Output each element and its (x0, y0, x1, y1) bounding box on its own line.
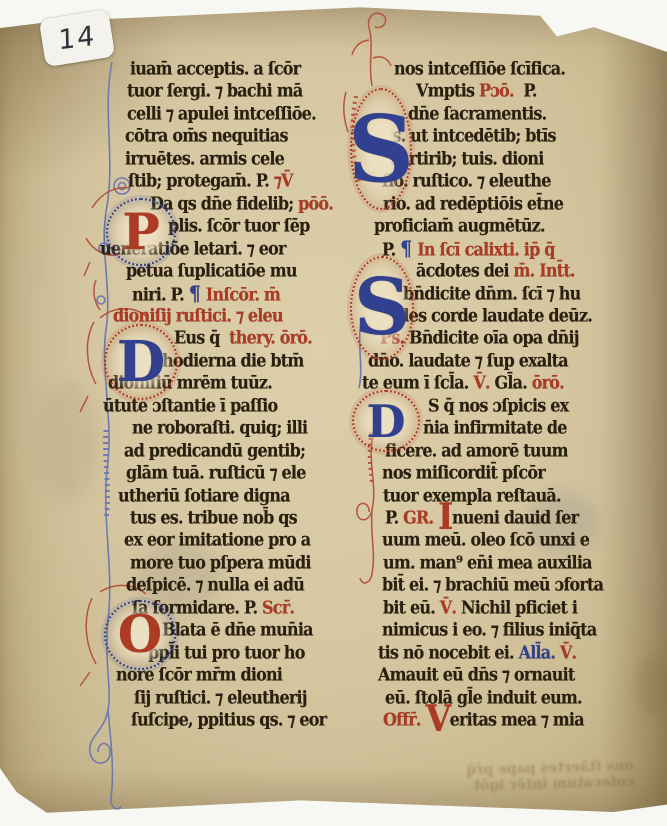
text-segment: nimicus i eo. ⁊ filius iniq̄ta (382, 619, 596, 640)
text-segment: In ſcī calixti. ip̄ q̄ (417, 239, 554, 260)
illuminated-initial-S: S (350, 88, 412, 210)
text-segment: ne roboraſti. quiq; illi (132, 417, 307, 438)
text-line: Eus q̄ thery. ōrō. (174, 326, 312, 351)
text-segment: ex eor imitatione pro a (124, 530, 310, 551)
text-segment: V̄. (440, 597, 461, 618)
illuminated-initial-O: O (104, 600, 176, 670)
initial-letter: O (118, 610, 162, 661)
text-segment: thery. ōrō. (229, 327, 312, 348)
stain-mark (40, 380, 100, 500)
text-line: Blata ē dn̄e mun̄ia (162, 618, 313, 643)
text-segment: n̄ia infirmitate de (423, 417, 567, 438)
illuminated-initial-P: P (106, 198, 176, 266)
text-segment: Bn̄dicite oīa opa dn̄ij (409, 327, 579, 348)
inline-initial: V (425, 697, 449, 740)
text-segment: Scr̄. (262, 597, 294, 618)
text-segment: All̄a. (519, 642, 560, 663)
text-line: ſij ruſtici. ⁊ eleutherij (134, 686, 307, 711)
text-segment: Blata ē dn̄e mun̄ia (162, 619, 313, 640)
text-line: ne roboraſti. quiq; illi (132, 416, 307, 441)
text-segment: ad predicandū gentib; (124, 440, 305, 461)
text-line: deſpicē. ⁊ nulla ei adū (126, 573, 304, 598)
text-line: more tuo pſpera mūdi (130, 551, 311, 576)
text-segment: proficiam̄ augmētūz. (374, 215, 545, 236)
text-line: bit̄ ei. ⁊ brachiū meū ɔforta (382, 573, 603, 598)
text-line: ad predicandū gentib; (124, 439, 305, 464)
initial-letter: D (366, 399, 405, 444)
text-line: nos intceſſiōe ſcīfica. (394, 57, 565, 82)
initial-letter: S (348, 103, 414, 195)
text-segment: tuor exempla reſtauā. (383, 485, 561, 506)
manuscript-photo: iuam̄ acceptis. a ſcōrtuor ſergi. ⁊ bac… (0, 0, 667, 826)
text-segment: eū. ſtolā gl̄e induit eum. (385, 687, 582, 708)
text-segment: irruētes. armis cele (125, 148, 284, 169)
text-segment: niri. P. (132, 284, 189, 305)
text-line: ex eor imitatione pro a (124, 528, 310, 553)
text-segment: ⁊V̄ (274, 170, 293, 191)
text-line: irruētes. armis cele (125, 147, 284, 172)
illuminated-initial-D: D (104, 324, 178, 400)
text-segment: dn̄e ſacramentis. (408, 103, 546, 124)
text-line: S q̄ nos ɔſpicis ex (428, 394, 568, 419)
text-line: glām tuā. ruſticū ⁊ ele (126, 461, 306, 486)
text-segment: nueni dauid ſer (452, 507, 578, 528)
text-segment: pōō. (298, 193, 333, 214)
text-segment: Pɔō. (479, 81, 514, 102)
text-segment: Offr̄. (383, 709, 425, 730)
text-line: Amauit eū dn̄s ⁊ ornauit (378, 663, 575, 688)
text-segment: utheriū ſotiare digna (118, 485, 290, 506)
text-line: utheriū ſotiare digna (118, 484, 290, 509)
text-line: bit eū. V̄. Nichil pficiet i (383, 596, 577, 621)
text-segment: cōtra om̄s nequitias (125, 125, 288, 146)
text-segment: Gl̄a. (494, 372, 531, 393)
text-segment: bit eū. (383, 597, 440, 618)
text-segment: Eus q̄ (174, 327, 229, 348)
illuminated-initial-S: S (350, 256, 414, 360)
text-line: hodierna die btm̄ (162, 349, 303, 374)
text-segment: dioniſij ruſtici. ⁊ eleu (113, 305, 283, 326)
text-line: ſtib; protegam̄. P. ⁊V̄ (128, 169, 293, 194)
text-line: cōtra om̄s nequitias (125, 124, 288, 149)
text-segment: tis nō nocebit ei. (378, 642, 519, 663)
text-line: Vmptis Pɔō. P. (416, 79, 537, 104)
folio-number: 14 (58, 20, 96, 56)
show-through-text: ons ſtāertes pape pr̄q̄ coſecatum intē… (474, 758, 635, 794)
text-segment: more tuo pſpera mūdi (130, 552, 311, 573)
illuminated-initial-D: D (352, 390, 420, 452)
paragraph-mark: ¶ (189, 282, 206, 306)
text-line: eū. ſtolā gl̄e induit eum. (385, 686, 582, 711)
text-segment: Amauit eū dn̄s ⁊ ornauit (378, 664, 575, 685)
text-segment: glām tuā. ruſticū ⁊ ele (126, 462, 306, 483)
text-segment: V̄. (560, 642, 576, 663)
text-line: tis nō nocebit ei. All̄a. V̄. (378, 641, 576, 666)
text-line: tus es. tribue nob̄ qs (130, 506, 297, 531)
text-segment: plis. ſcōr tuor ſēp (168, 215, 310, 236)
text-line: Da qs dn̄e fidelib; pōō. (150, 192, 333, 217)
text-segment: uum meū. oleo ſcō unxi e (382, 530, 589, 551)
text-line: um. man⁹ en̄i mea auxilia (383, 551, 592, 576)
text-segment: hodierna die btm̄ (162, 350, 303, 371)
text-line: bn̄dicite dn̄m. ſcī ⁊ hu (403, 282, 580, 307)
text-line: n̄ia infirmitate de (423, 416, 567, 441)
text-segment: ācdotes dei (416, 260, 514, 281)
text-segment: S q̄ nos ɔſpicis ex (428, 395, 568, 416)
text-line: nimicus i eo. ⁊ filius iniq̄ta (382, 618, 596, 643)
text-line: P. GR. Inueni dauid ſer (385, 506, 578, 531)
text-line: Offr̄. Veritas mea ⁊ mia (383, 708, 584, 733)
text-segment: ficere. ad amorē tuum (385, 440, 568, 461)
text-segment: GR. (403, 507, 438, 528)
text-segment: Vmptis (416, 81, 479, 102)
text-segment: ſtib; protegam̄. P. (128, 170, 274, 191)
text-line: nos miſicordit̄ pſcōr (382, 461, 545, 486)
text-segment: iuam̄ acceptis. a ſcōr (130, 58, 300, 79)
text-segment: Inſcōr. m̄ (206, 284, 280, 305)
text-segment: celli ⁊ apulei intceſſiōe. (127, 103, 316, 124)
text-segment: Nichil pficiet i (461, 597, 577, 618)
text-line: proficiam̄ augmētūz. (374, 214, 545, 239)
text-line: plis. ſcōr tuor ſēp (168, 214, 310, 239)
text-segment: eritas mea ⁊ mia (450, 709, 584, 730)
text-segment: bn̄dicite dn̄m. ſcī ⁊ hu (403, 283, 580, 304)
initial-letter: S (354, 269, 410, 347)
text-segment: V̄. (473, 372, 494, 393)
initial-letter: D (117, 334, 166, 390)
text-segment: nos miſicordit̄ pſcōr (382, 462, 545, 483)
text-segment: P. (385, 507, 403, 528)
initial-letter: P (122, 207, 160, 257)
text-line: ācdotes dei m̄. Int̄t. (416, 259, 575, 284)
text-line: iuam̄ acceptis. a ſcōr (130, 57, 300, 82)
text-line: tuor ſergi. ⁊ bachi mā (127, 79, 302, 104)
stain-mark (636, 655, 667, 717)
text-segment: Da qs dn̄e fidelib; (150, 193, 298, 214)
text-segment: dn̄o. laudate ⁊ ſup exalta (368, 350, 568, 371)
text-segment: um. man⁹ en̄i mea auxilia (383, 552, 592, 573)
text-line: tuor exempla reſtauā. (383, 484, 561, 509)
text-segment: m̄. Int̄t. (514, 260, 575, 281)
text-line: celli ⁊ apulei intceſſiōe. (127, 102, 316, 127)
text-line: dn̄e ſacramentis. (408, 102, 546, 127)
text-segment: nos intceſſiōe ſcīfica. (394, 58, 565, 79)
text-segment: tuor ſergi. ⁊ bachi mā (127, 81, 302, 102)
text-segment: ſij ruſtici. ⁊ eleutherij (134, 687, 307, 708)
text-line: ficere. ad amorē tuum (385, 439, 568, 464)
text-segment: bit̄ ei. ⁊ brachiū meū ɔforta (382, 574, 603, 595)
text-segment: deſpicē. ⁊ nulla ei adū (126, 574, 304, 595)
text-segment: ſuſcipe, ppitius qs. ⁊ eor (131, 709, 326, 730)
text-segment: ōrō. (532, 372, 564, 393)
text-segment: P. (514, 81, 537, 102)
text-segment: tus es. tribue nob̄ qs (130, 507, 297, 528)
paragraph-mark: ¶ (400, 237, 417, 261)
text-line: uum meū. oleo ſcō unxi e (382, 528, 589, 553)
text-line: ſuſcipe, ppitius qs. ⁊ eor (131, 708, 326, 733)
